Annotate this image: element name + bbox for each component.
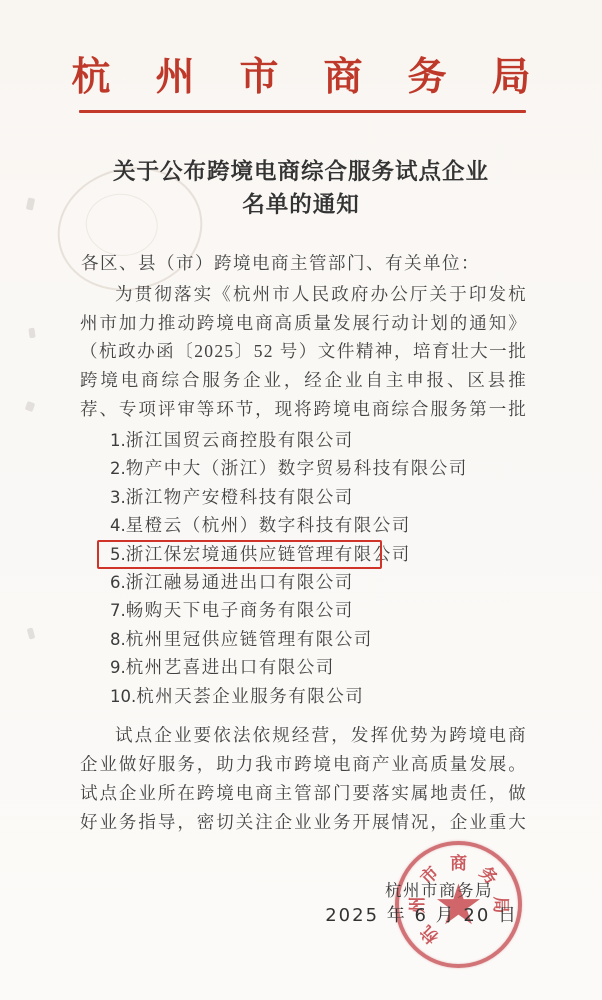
list-item-number: 6. xyxy=(110,573,126,592)
company-name: 浙江物产安橙科技有限公司 xyxy=(126,487,354,507)
company-name: 杭州里冠供应链管理有限公司 xyxy=(126,629,373,649)
company-name: 星橙云（杭州）数字科技有限公司 xyxy=(126,515,411,535)
list-item: 9.杭州艺喜进出口有限公司 xyxy=(110,653,468,681)
list-item: 3.浙江物产安橙科技有限公司 xyxy=(110,483,468,511)
scanned-notice-page: 杭州市商务局 关于公布跨境电商综合服务试点企业 名单的通知 各区、县（市）跨境电… xyxy=(0,0,602,1000)
document-title: 关于公布跨境电商综合服务试点企业 名单的通知 xyxy=(0,155,602,221)
list-item: 6.浙江融易通进出口有限公司 xyxy=(110,568,468,596)
list-item-number: 7. xyxy=(110,601,126,620)
company-name: 浙江融易通进出口有限公司 xyxy=(126,572,354,592)
scan-smudge xyxy=(28,328,35,339)
issuer-signature: 杭州市商务局 xyxy=(385,877,493,901)
document-title-line1: 关于公布跨境电商综合服务试点企业 xyxy=(0,155,602,188)
company-name: 物产中大（浙江）数字贸易科技有限公司 xyxy=(126,458,468,478)
company-list: 1.浙江国贸云商控股有限公司 2.物产中大（浙江）数字贸易科技有限公司 3.浙江… xyxy=(110,426,468,710)
list-item-number: 10. xyxy=(110,687,136,706)
closing-paragraph: 试点企业要依法依规经营，发挥优势为跨境电商企业做好服务，助力我市跨境电商产业高质… xyxy=(80,721,527,839)
list-item: 7.畅购天下电子商务有限公司 xyxy=(110,596,468,624)
scan-smudge xyxy=(25,401,36,412)
letterhead-divider-rule xyxy=(79,110,526,113)
list-item: 10.杭州天荟企业服务有限公司 xyxy=(110,682,468,710)
letterhead-agency-name: 杭州市商务局 xyxy=(0,46,602,102)
company-name: 杭州艺喜进出口有限公司 xyxy=(126,657,335,677)
company-name: 浙江保宏境通供应链管理有限公司 xyxy=(126,544,411,564)
list-item-number: 8. xyxy=(110,630,126,649)
intro-paragraph: 为贯彻落实《杭州市人民政府办公厅关于印发杭州市加力推动跨境电商高质量发展行动计划… xyxy=(80,280,527,426)
list-item: 1.浙江国贸云商控股有限公司 xyxy=(110,426,468,454)
list-item-highlighted: 5.浙江保宏境通供应链管理有限公司 xyxy=(110,540,468,568)
company-name: 杭州天荟企业服务有限公司 xyxy=(136,686,364,706)
list-item: 8.杭州里冠供应链管理有限公司 xyxy=(110,625,468,653)
document-title-line2: 名单的通知 xyxy=(0,188,602,221)
list-item-number: 9. xyxy=(110,658,126,677)
list-item: 2.物产中大（浙江）数字贸易科技有限公司 xyxy=(110,454,468,482)
list-item-number: 1. xyxy=(110,431,126,450)
seal-arc-char: 商 xyxy=(450,849,468,869)
list-item-number: 2. xyxy=(110,459,126,478)
issue-date: 2025 年 6 月 20 日 xyxy=(325,901,518,927)
company-name: 畅购天下电子商务有限公司 xyxy=(126,600,354,620)
scan-smudge xyxy=(27,627,36,639)
list-item-number: 5. xyxy=(110,545,126,564)
salutation: 各区、县（市）跨境电商主管部门、有关单位： xyxy=(81,250,480,275)
list-item: 4.星橙云（杭州）数字科技有限公司 xyxy=(110,511,468,539)
list-item-number: 4. xyxy=(110,516,126,535)
list-item-number: 3. xyxy=(110,488,126,507)
company-name: 浙江国贸云商控股有限公司 xyxy=(126,430,354,450)
